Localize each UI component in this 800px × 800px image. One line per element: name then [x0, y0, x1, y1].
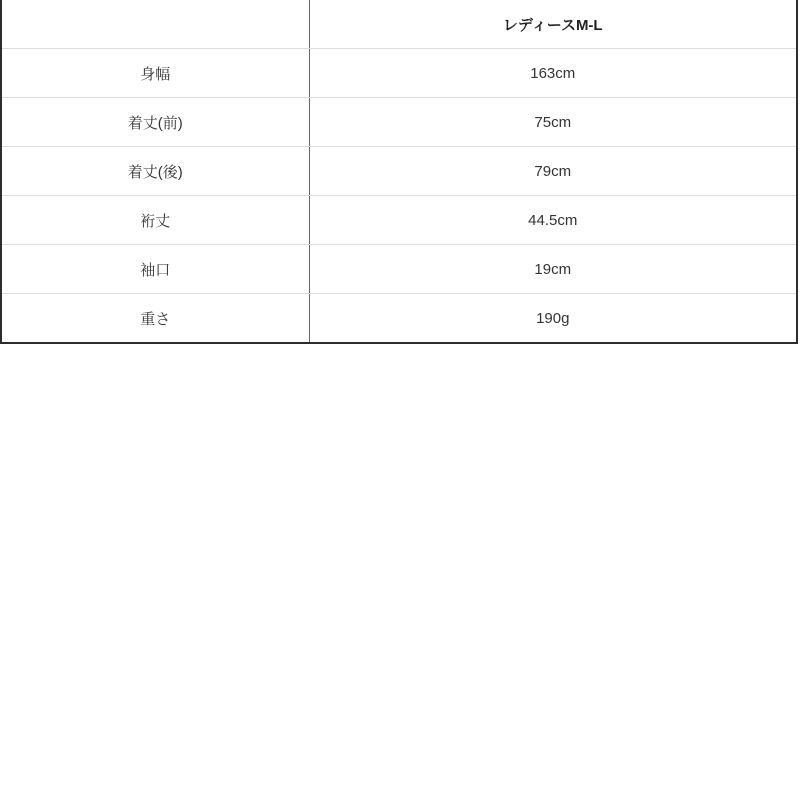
measurement-label: 裄丈 [1, 196, 309, 245]
measurement-value: 75cm [309, 98, 797, 147]
measurement-value: 44.5cm [309, 196, 797, 245]
measurement-value: 79cm [309, 147, 797, 196]
table-header-row: レディースM-L [1, 0, 797, 49]
table-row: 身幅 163cm [1, 49, 797, 98]
measurement-value: 163cm [309, 49, 797, 98]
measurement-label: 着丈(後) [1, 147, 309, 196]
table-row: 着丈(前) 75cm [1, 98, 797, 147]
size-chart-table: レディースM-L 身幅 163cm 着丈(前) 75cm 着丈(後) 79cm … [0, 0, 798, 344]
page-canvas: { "table": { "header": { "corner_label":… [0, 0, 800, 800]
table-row: 着丈(後) 79cm [1, 147, 797, 196]
header-corner-cell [1, 0, 309, 49]
measurement-label: 着丈(前) [1, 98, 309, 147]
measurement-label: 袖口 [1, 245, 309, 294]
measurement-label: 重さ [1, 294, 309, 344]
table-row: 袖口 19cm [1, 245, 797, 294]
measurement-label: 身幅 [1, 49, 309, 98]
table-row: 裄丈 44.5cm [1, 196, 797, 245]
measurement-value: 19cm [309, 245, 797, 294]
measurement-value: 190g [309, 294, 797, 344]
table-row: 重さ 190g [1, 294, 797, 344]
header-size-column-label: レディースM-L [309, 0, 797, 49]
